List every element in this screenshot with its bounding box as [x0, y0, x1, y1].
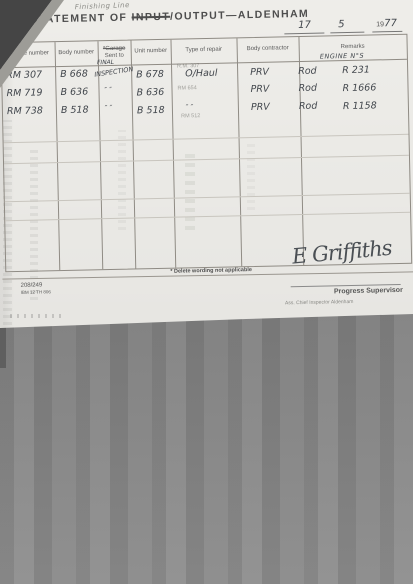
scanned-document-page: LY STATEMENT OF INPUT/OUTPUT—ALDENHAM Fi…: [0, 0, 413, 584]
date-underline: [284, 32, 324, 34]
repair-pencil-note: RM 654: [177, 85, 196, 91]
header-body-number: Body number: [54, 41, 97, 66]
type-of-repair: O/Haul: [185, 68, 218, 87]
row-line: [5, 193, 410, 202]
body-number: B 636: [60, 86, 88, 105]
sent-to-ditto: ″ ″: [104, 86, 112, 104]
scanner-shadow: [0, 322, 6, 368]
date-underline: [372, 31, 402, 33]
remark-word: Rod: [298, 83, 317, 101]
paper-sheet: LY STATEMENT OF INPUT/OUTPUT—ALDENHAM Fi…: [0, 0, 413, 330]
column-divider: [170, 40, 176, 268]
title-struck-input: INPUT: [131, 11, 170, 24]
vehicle-number: RM 307: [6, 69, 42, 88]
engine-number: R 231: [342, 65, 370, 84]
row-line: [5, 212, 410, 221]
vehicle-number: RM 738: [7, 105, 43, 124]
unit-number: B 636: [136, 87, 164, 106]
signatory-title: Progress Supervisor: [303, 287, 403, 296]
form-reference: 208/249 IBM 12 TH 806: [21, 282, 51, 295]
engine-number: R 1158: [343, 100, 377, 119]
form-print-code: IBM 12 TH 806: [21, 289, 51, 295]
remarks-engine-note: ENGINE N°S: [320, 52, 364, 61]
form-content: LY STATEMENT OF INPUT/OUTPUT—ALDENHAM Fi…: [0, 0, 413, 334]
body-contractor: PRV: [250, 84, 269, 102]
date-year-printed: 19: [376, 21, 384, 28]
body-number: B 668: [60, 68, 88, 87]
remark-word: Rod: [299, 101, 318, 119]
row-line: [4, 155, 409, 164]
handwritten-heading: Finishing Line: [75, 1, 130, 11]
vehicle-number: RM 719: [6, 87, 42, 106]
date-underline: [330, 32, 364, 34]
engine-number: R 1666: [342, 82, 376, 101]
inspector-stamp: Ass. Chief Inspector Aldenham: [285, 299, 353, 306]
header-body-contractor: Body contractor: [236, 37, 298, 62]
sent-to-handwritten-inspection: INSPECTION: [94, 65, 134, 79]
repair-pencil-note: RM 512: [181, 113, 200, 119]
row-line: [4, 134, 409, 143]
unit-number: B 678: [136, 69, 164, 88]
date-month: 5: [338, 19, 345, 30]
column-divider: [236, 38, 242, 266]
date-day: 17: [298, 20, 311, 31]
body-number: B 518: [61, 104, 89, 123]
header-unit-number: Unit number: [130, 40, 170, 65]
statement-table: Vehicle number Body number *Garage Sent …: [0, 34, 412, 272]
unit-number: B 518: [137, 105, 165, 124]
date-year-written: 77: [384, 18, 397, 29]
remark-word: Rod: [298, 66, 317, 84]
sent-to-ditto: ″ ″: [105, 104, 113, 122]
body-contractor: PRV: [250, 67, 269, 85]
body-contractor: PRV: [251, 102, 270, 120]
header-type-of-repair: Type of repair: [170, 38, 236, 63]
sent-to-handwritten-final: FINAL: [97, 59, 114, 66]
